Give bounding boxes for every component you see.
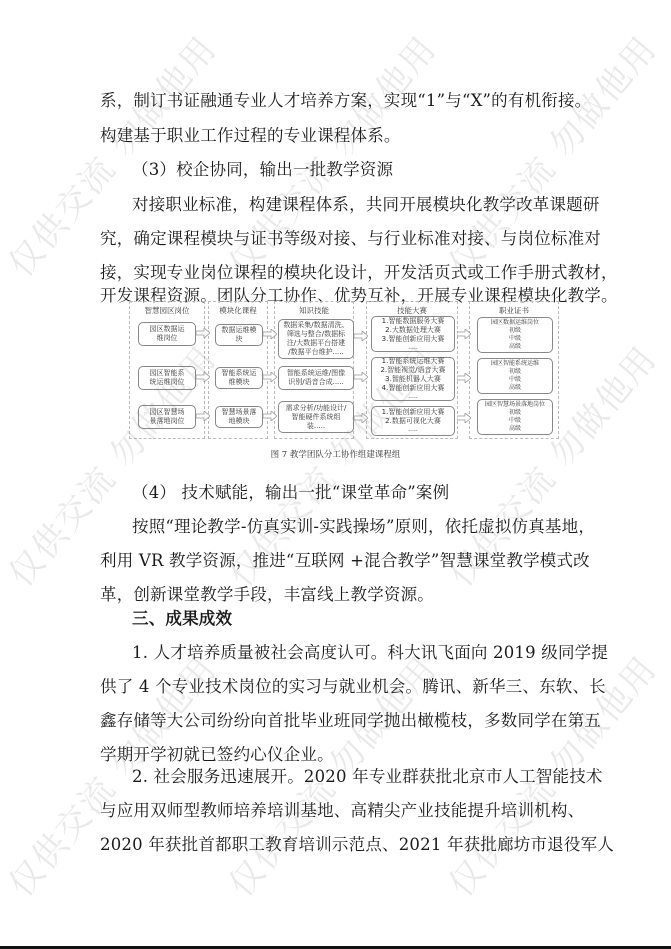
node-text: 园区数据运维岗位 [491,319,539,327]
node-text: 4.智能创新应用大赛 [382,384,445,393]
node-text: 块 [236,335,243,344]
node-text: 高级 [509,425,521,433]
node-contests-system: 1.智能系统运维大赛 2.智能视觉/语音大赛 3.智能机器人大赛 4.智能创新应… [371,357,455,401]
node-text: 维岗位 [157,334,178,343]
node-contests-data: 1.智能数据服务大赛 2.大数据处理大赛 3.智能创新应用大赛 ..... [371,316,455,352]
node-text: 识别/语音合成..... [288,378,343,387]
node-smart-system-module: 智能系统运 维模块 [215,367,263,389]
node-text: 景落地岗位 [150,417,185,426]
node-data-ops-module: 数据运维模 块 [215,324,263,346]
node-data-ops-position: 园区数据运 维岗位 [138,322,196,346]
node-knowledge-scene: 需求分析/功能设计/ 智能硬件系统组 装..... [278,401,354,433]
column-title: 职业证书 [470,305,558,316]
paragraph-line: 2. 社会服务迅速展开。2020 年专业群获批北京市人工智能技术 [132,766,575,788]
node-text: ..... [408,344,418,352]
node-smart-scene-position: 园区智慧场 景落地岗位 [138,405,196,429]
paragraph-line: 供了 4 个专业技术岗位的实习与就业机会。腾讯、新华三、东软、长 [100,676,575,698]
arrow-right-icon [354,331,368,341]
node-text: 地模块 [229,417,250,426]
column-knowledge-skills: 知识技能 数据采集/数据清洗、 筛选与整合/数据标 注/大数据平台搭建 /数据平… [274,301,354,439]
paragraph-line: 接，实现专业岗位课程的模块化设计，开发活页式或工作手册式教材， [100,262,575,284]
section-heading: 三、成果成效 [132,608,575,630]
figure-caption: 图 7 教学团队分工协作组建课程组 [0,448,671,460]
arrow-right-icon [457,413,471,423]
node-text: 智能硬件系统组 [292,413,341,422]
arrow-right-icon [354,372,368,382]
node-text: 维模块 [229,378,250,387]
node-text: 园区智能系 [150,369,185,378]
node-text: 1.智能系统运维大赛 [382,357,445,366]
arrow-right-icon [457,329,471,339]
node-text: 中级 [509,335,521,343]
node-text: 中级 [509,376,521,384]
paragraph-line: 系，制订书证融通专业人才培养方案，实现“1”与“X”的有机衔接。 [100,90,575,112]
node-text: 智能系统运维/图像 [287,369,345,378]
node-text: 3.智能创新应用大赛 [382,335,445,344]
node-text: 园区智慧场 [150,408,185,417]
node-cert-system: 园区智能系统运维 初级 中级 高级 [477,358,553,394]
node-text: 需求分析/功能设计/ [286,404,347,413]
node-knowledge-system: 智能系统运维/图像 识别/语音合成..... [278,366,354,390]
paragraph-line: 学期开学初就已签约心仪企业。 [100,744,575,766]
node-text: 1.智能创新应用大赛 [382,408,445,417]
arrow-right-icon [354,413,368,423]
arrow-right-icon [196,328,210,338]
arrow-right-icon [196,372,210,382]
node-text: 1.智能数据服务大赛 [382,317,445,326]
node-text: ..... [408,426,418,434]
arrow-right-icon [263,329,277,339]
paragraph-line: 鑫存储等大公司纷纷向首批毕业班同学抛出橄榄枝，多数同学在第五 [100,710,575,732]
column-title: 模块化课程 [209,305,267,316]
node-text: 智能系统运 [222,369,257,378]
subheading-3: （3）校企协同，输出一批教学资源 [132,159,575,181]
document-page: 系，制订书证融通专业人才培养方案，实现“1”与“X”的有机衔接。 构建基于职业工… [0,0,671,949]
column-title: 技能大赛 [367,305,457,316]
paragraph-line: 与应用双师型教师培养培训基地、高精尖产业技能提升培训机构、 [100,800,575,822]
column-title: 智慧园区岗位 [130,305,204,316]
node-text: 2.数据可视化大赛 [385,417,441,426]
subheading-4: （4） 技术赋能，输出一批“课堂革命”案例 [132,482,575,504]
node-text: 2.大数据处理大赛 [385,326,441,335]
arrow-right-icon [457,373,471,383]
column-title: 知识技能 [275,305,353,316]
node-text: 2.智能视觉/语音大赛 [380,366,445,375]
column-certificates: 职业证书 园区数据运维岗位 初级 中级 高级 园区智能系统运维 初级 中级 高级… [469,301,559,439]
node-cert-scene: 园区智慧场景落地岗位 初级 中级 高级 [477,399,553,435]
paragraph-line: 按照“理论教学-仿真实训-实践操场”原则，依托虚拟仿真基地， [132,516,575,538]
paragraph-line: 对接职业标准，构建课程体系，共同开展模块化教学改革课题研 [132,194,575,216]
arrow-right-icon [196,411,210,421]
column-modular-courses: 模块化课程 数据运维模 块 智能系统运 维模块 智慧场景落 地模块 [208,301,268,439]
node-text: 初级 [509,368,521,376]
node-contests-scene: 1.智能创新应用大赛 2.数据可视化大赛 ..... [371,406,455,436]
node-text: 3.智能机器人大赛 [385,375,441,384]
node-text: 智慧场景落 [222,408,257,417]
course-group-diagram: 智慧园区岗位 园区数据运 维岗位 园区智能系 统运维岗位 园区智慧场 景落地岗位… [129,301,559,441]
node-smart-scene-module: 智慧场景落 地模块 [215,406,263,428]
node-text: 装..... [307,422,325,431]
arrow-right-icon [263,372,277,382]
node-text: 数据运维模 [222,326,257,335]
column-skill-contests: 技能大赛 1.智能数据服务大赛 2.大数据处理大赛 3.智能创新应用大赛 ...… [366,301,458,439]
arrow-right-icon [263,411,277,421]
node-text: 高级 [509,384,521,392]
node-text: 园区智能系统运维 [491,360,539,368]
paragraph-line: 革，创新课堂教学手段，丰富线上教学资源。 [100,584,575,606]
paragraph-line: 构建基于职业工作过程的专业课程体系。 [100,125,575,147]
node-text: 高级 [509,343,521,351]
node-cert-data: 园区数据运维岗位 初级 中级 高级 [477,317,553,353]
node-text: 数据采集/数据清洗、 [283,321,348,330]
node-text: 注/大数据平台搭建 [287,339,345,348]
node-text: 园区数据运 [150,325,185,334]
node-text: 初级 [509,327,521,335]
node-text: 筛选与整合/数据标 [287,330,345,339]
node-text: 初级 [509,409,521,417]
node-text: 园区智慧场景落地岗位 [485,401,545,409]
paragraph-line: 究，确定课程模块与证书等级对接、与行业标准对接、与岗位标准对 [100,228,575,250]
node-text: 统运维岗位 [150,378,185,387]
node-knowledge-data: 数据采集/数据清洗、 筛选与整合/数据标 注/大数据平台搭建 /数据平台维护..… [278,319,354,359]
node-smart-system-position: 园区智能系 统运维岗位 [138,366,196,390]
paragraph-line: 2020 年获批首都职工教育培训示范点、2021 年获批廊坊市退役军人 [100,834,575,856]
paragraph-line: 1. 人才培养质量被社会高度认可。科大讯飞面向 2019 级同学提 [132,642,575,664]
node-text: ..... [408,393,418,401]
column-park-positions: 智慧园区岗位 园区数据运 维岗位 园区智能系 统运维岗位 园区智慧场 景落地岗位 [129,301,205,439]
node-text: /数据平台维护..... [288,348,343,357]
node-text: 中级 [509,417,521,425]
paragraph-line: 利用 VR 教学资源，推进“互联网 +混合教学”智慧课堂教学模式改 [100,550,575,572]
